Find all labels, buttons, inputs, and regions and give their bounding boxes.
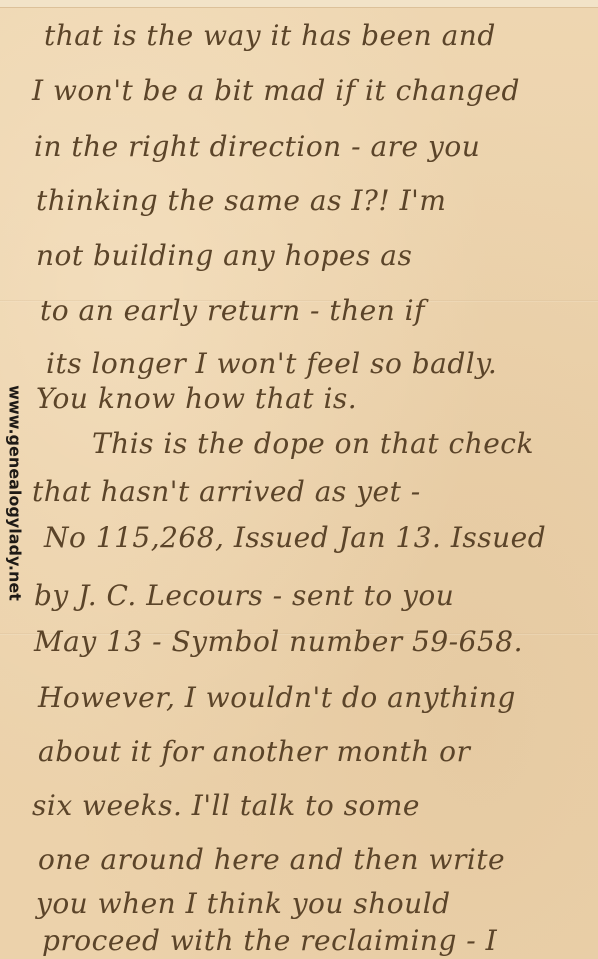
- letter-page: that is the way it has been and I won't …: [0, 0, 598, 959]
- handwritten-text: that is the way it has been and I won't …: [0, 0, 598, 959]
- letter-line: You know how that is.: [36, 385, 357, 413]
- letter-line: not building any hopes as: [36, 242, 412, 270]
- letter-line: to an early return - then if: [40, 297, 425, 325]
- watermark-text: www.genealogylady.net: [6, 385, 25, 601]
- letter-line: that hasn't arrived as yet -: [32, 478, 421, 506]
- letter-line: No 115,268, Issued Jan 13. Issued: [44, 524, 546, 552]
- letter-line: in the right direction - are you: [34, 133, 480, 161]
- letter-line: about it for another month or: [38, 738, 470, 766]
- letter-line: that is the way it has been and: [44, 22, 496, 50]
- watermark: www.genealogylady.net: [4, 378, 26, 608]
- letter-line: I won't be a bit mad if it changed: [32, 77, 520, 105]
- letter-line: thinking the same as I?! I'm: [36, 187, 446, 215]
- letter-line: by J. C. Lecours - sent to you: [34, 582, 454, 610]
- letter-line: six weeks. I'll talk to some: [32, 792, 420, 820]
- letter-line: you when I think you should: [36, 890, 451, 918]
- letter-line: proceed with the reclaiming - I: [42, 927, 497, 955]
- letter-line: May 13 - Symbol number 59-658.: [34, 628, 523, 656]
- letter-line: This is the dope on that check: [92, 430, 534, 458]
- letter-line: However, I wouldn't do anything: [38, 684, 516, 712]
- letter-line: one around here and then write: [38, 846, 505, 874]
- letter-line: its longer I won't feel so badly.: [46, 350, 497, 378]
